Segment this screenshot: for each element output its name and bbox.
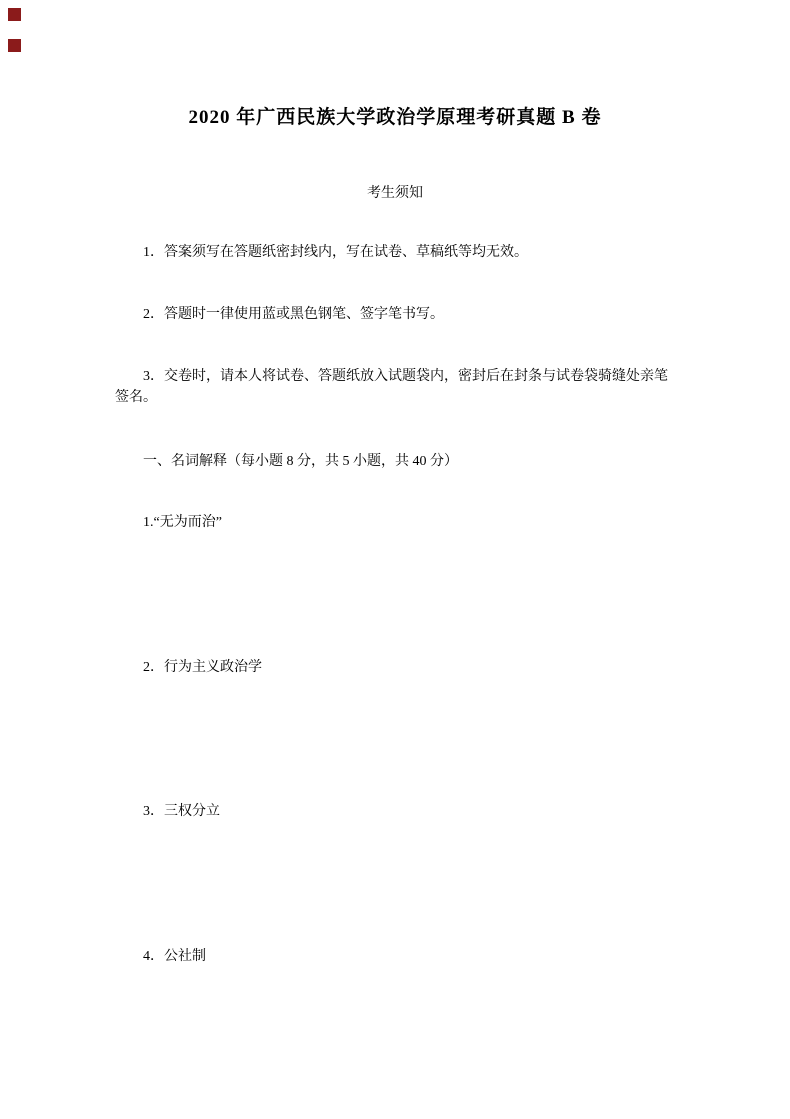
- notice-item-1: 1．答案须写在答题纸密封线内，写在试卷、草稿纸等均无效。: [115, 242, 675, 263]
- document-title: 2020 年广西民族大学政治学原理考研真题 B 卷: [115, 103, 675, 133]
- question-item-3: 3．三权分立: [115, 801, 675, 822]
- red-square-marker-icon: [8, 39, 21, 52]
- question-item-1: 1.“无为而治”: [115, 512, 675, 533]
- notice-item-3: 3．交卷时，请本人将试卷、答题纸放入试题袋内，密封后在封条与试卷袋骑缝处亲笔签名…: [115, 366, 675, 408]
- notice-item-2: 2．答题时一律使用蓝或黑色钢笔、签字笔书写。: [115, 304, 675, 325]
- question-item-4: 4．公社制: [115, 946, 675, 967]
- question-item-2: 2．行为主义政治学: [115, 657, 675, 678]
- notice-heading: 考生须知: [115, 183, 675, 204]
- red-square-marker-icon: [8, 8, 21, 21]
- document-page: 2020 年广西民族大学政治学原理考研真题 B 卷 考生须知 1．答案须写在答题…: [0, 0, 790, 1119]
- document-content: 2020 年广西民族大学政治学原理考研真题 B 卷 考生须知 1．答案须写在答题…: [0, 103, 790, 967]
- section-heading: 一、名词解释（每小题 8 分，共 5 小题，共 40 分）: [115, 451, 675, 472]
